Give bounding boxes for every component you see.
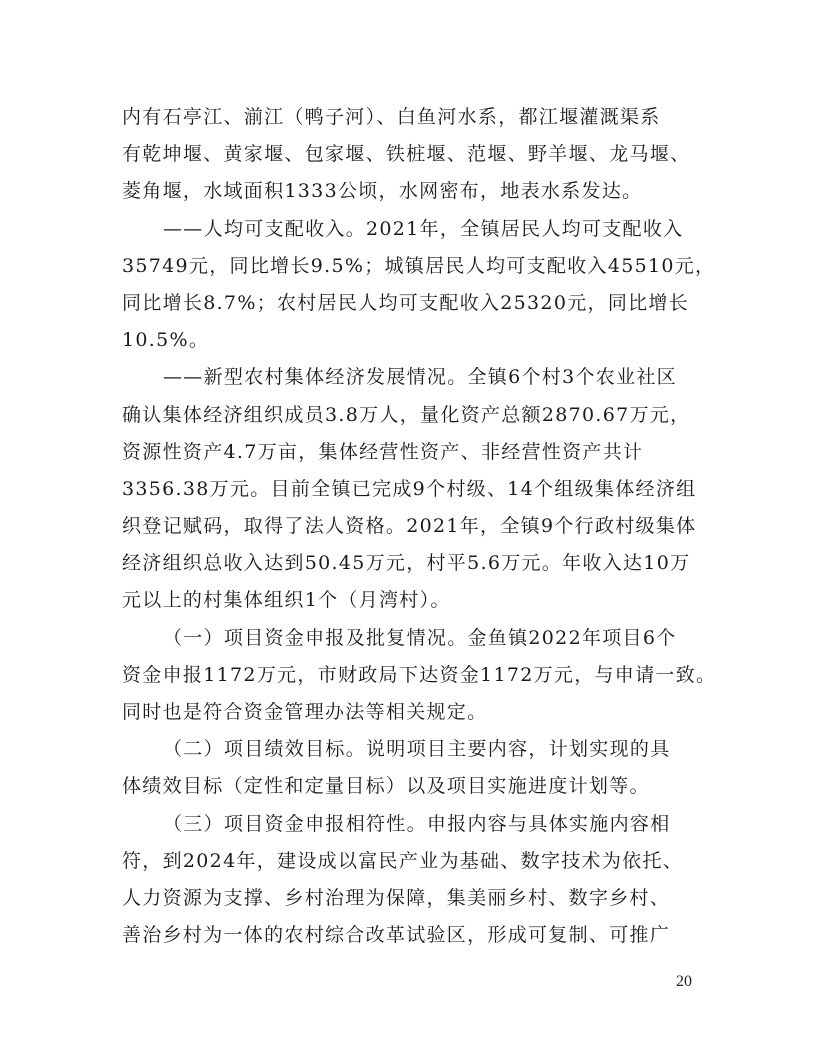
paragraph-start-income: ——人均可支配收入。2021年，全镇居民人均可支配收入 — [122, 211, 704, 248]
text-line: 10.5%。 — [122, 322, 704, 359]
text-line: 资金申报1172万元，市财政局下达资金1172万元，与申请一致。 — [122, 657, 704, 694]
text-line: 内有石亭江、湔江（鸭子河）、白鱼河水系，都江堰灌溉渠系 — [122, 99, 704, 136]
paragraph-start-collective-economy: ——新型农村集体经济发展情况。全镇6个村3个农业社区 — [122, 359, 704, 396]
text-line: 3356.38万元。目前全镇已完成9个村级、14个组级集体经济组 — [122, 471, 704, 508]
text-line: 同比增长8.7%；农村居民人均可支配收入25320元，同比增长 — [122, 285, 704, 322]
text-line: 经济组织总收入达到50.45万元，村平5.6万元。年收入达10万 — [122, 545, 704, 582]
text-line: 元以上的村集体组织1个（月湾村）。 — [122, 582, 704, 619]
section-heading-3: （三）项目资金申报相符性。申报内容与具体实施内容相 — [122, 806, 704, 843]
body-text: 内有石亭江、湔江（鸭子河）、白鱼河水系，都江堰灌溉渠系 有乾坤堰、黄家堰、包家堰… — [122, 99, 704, 954]
text-line: 体绩效目标（定性和定量目标）以及项目实施进度计划等。 — [122, 768, 704, 805]
text-line: 35749元，同比增长9.5%；城镇居民人均可支配收入45510元， — [122, 248, 704, 285]
text-line: 菱角堰，水域面积1333公顷，水网密布，地表水系发达。 — [122, 173, 704, 210]
text-line: 人力资源为支撑、乡村治理为保障，集美丽乡村、数字乡村、 — [122, 880, 704, 917]
section-heading-2: （二）项目绩效目标。说明项目主要内容，计划实现的具 — [122, 731, 704, 768]
text-line: 织登记赋码，取得了法人资格。2021年，全镇9个行政村级集体 — [122, 508, 704, 545]
text-line: 资源性资产4.7万亩，集体经营性资产、非经营性资产共计 — [122, 434, 704, 471]
text-line: 符，到2024年，建设成以富民产业为基础、数字技术为依托、 — [122, 843, 704, 880]
page-number: 20 — [676, 973, 692, 991]
text-line: 同时也是符合资金管理办法等相关规定。 — [122, 694, 704, 731]
text-line: 有乾坤堰、黄家堰、包家堰、铁桩堰、范堰、野羊堰、龙马堰、 — [122, 136, 704, 173]
text-line: 善治乡村为一体的农村综合改革试验区，形成可复制、可推广 — [122, 917, 704, 954]
text-line: 确认集体经济组织成员3.8万人，量化资产总额2870.67万元， — [122, 397, 704, 434]
document-page: 内有石亭江、湔江（鸭子河）、白鱼河水系，都江堰灌溉渠系 有乾坤堰、黄家堰、包家堰… — [0, 0, 815, 1055]
section-heading-1: （一）项目资金申报及批复情况。金鱼镇2022年项目6个 — [122, 620, 704, 657]
